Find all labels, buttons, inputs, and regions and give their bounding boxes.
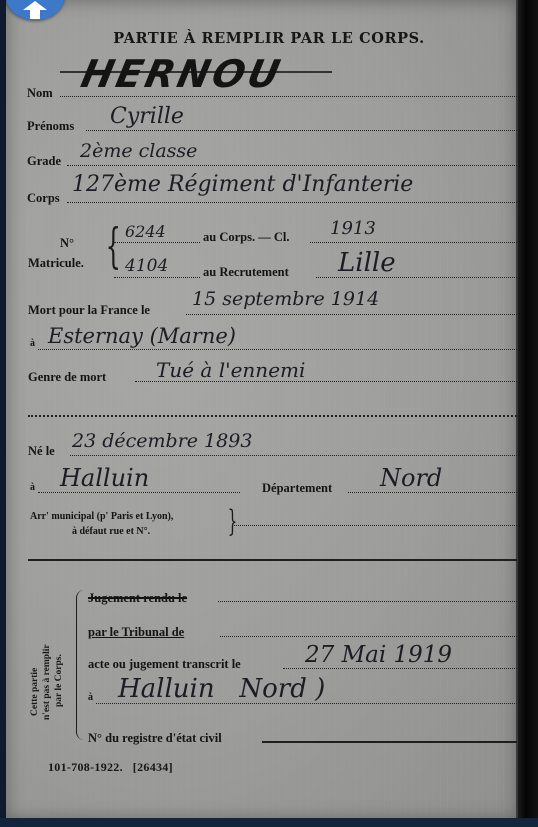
au-recrutement-label: au Recrutement xyxy=(203,265,289,280)
jugement-label-text: Jugement rendu le xyxy=(88,591,187,605)
jugement-label: Jugement rendu le xyxy=(88,591,187,606)
lieu-naissance-line xyxy=(38,492,240,493)
departement-value: Nord xyxy=(380,464,442,492)
arrondissement-label-2: à défaut rue et N°. xyxy=(72,526,150,537)
mort-label: Mort pour la France le xyxy=(28,303,150,318)
nom-label: Nom xyxy=(27,86,53,101)
transcription-brace xyxy=(76,590,85,740)
genre-mort-label: Genre de mort xyxy=(28,370,106,385)
corps-value: 127ème Régiment d'Infanterie xyxy=(72,172,413,197)
grade-value: 2ème classe xyxy=(80,140,197,162)
arrow-up-icon xyxy=(23,1,47,19)
prenoms-value: Cyrille xyxy=(110,104,184,129)
acte-label: acte ou jugement transcrit le xyxy=(88,657,241,672)
departement-label: Département xyxy=(262,481,332,496)
lieu-naissance-value: Halluin xyxy=(60,464,149,492)
side-note-line2: n'est pas à remplir xyxy=(42,644,53,720)
tribunal-line xyxy=(220,636,517,637)
registre-label: N° du registre d'état civil xyxy=(88,731,222,746)
classe-value: 1913 xyxy=(330,218,376,239)
prenoms-label: Prénoms xyxy=(27,119,74,134)
classe-line xyxy=(310,242,517,243)
blank-line xyxy=(28,415,517,417)
lieu-transcription-value: Halluin Nord ) xyxy=(118,674,325,704)
arrondissement-line xyxy=(234,525,517,526)
departement-line xyxy=(348,492,517,493)
matricule-label: Matricule. xyxy=(28,256,84,271)
matricule-label-no: N° xyxy=(60,236,74,251)
prenoms-line xyxy=(86,130,517,131)
lieu-mort-label: à xyxy=(30,338,35,349)
grade-line xyxy=(67,165,517,166)
grade-label: Grade xyxy=(27,154,61,169)
form-title: PARTIE À REMPLIR PAR LE CORPS. xyxy=(0,30,538,47)
naissance-value: 23 décembre 1893 xyxy=(72,430,252,452)
jugement-line xyxy=(218,601,517,602)
acte-line xyxy=(283,668,517,669)
tribunal-label: par le Tribunal de xyxy=(88,625,184,640)
lieu-transcription-label: à xyxy=(88,692,93,703)
naissance-line xyxy=(70,455,517,456)
viewer-bottom-border xyxy=(0,818,538,827)
registre-line xyxy=(262,741,517,743)
lieu-mort-line xyxy=(38,349,517,350)
footer-code: 101-708-1922. [26434] xyxy=(48,760,173,775)
tribunal-label-text: par le Tribunal de xyxy=(88,625,184,639)
lieu-mort-value: Esternay (Marne) xyxy=(48,324,236,348)
side-note-line3: par le Corps. xyxy=(54,654,65,707)
recrutement-number-line xyxy=(114,277,200,278)
side-note-line1: Cette partie xyxy=(30,668,41,716)
section-divider xyxy=(28,559,517,561)
corps-number-line xyxy=(114,242,200,243)
corps-line xyxy=(67,202,517,203)
arrondissement-label-1: Arr' municipal (p' Paris et Lyon), xyxy=(30,511,173,522)
recrutement-place-value: Lille xyxy=(338,248,396,278)
acte-date-value: 27 Mai 1919 xyxy=(305,642,452,668)
corps-number-value: 6244 xyxy=(125,222,166,241)
au-corps-label: au Corps. — Cl. xyxy=(203,230,289,245)
nom-value: Hernou xyxy=(77,52,286,96)
corps-label: Corps xyxy=(27,191,60,206)
mort-value: 15 septembre 1914 xyxy=(192,288,379,310)
matricule-brace: { xyxy=(106,222,121,270)
recrutement-number-value: 4104 xyxy=(125,256,168,276)
arrondissement-brace: } xyxy=(228,507,238,537)
nom-line xyxy=(60,96,517,97)
genre-mort-value: Tué à l'ennemi xyxy=(156,358,305,382)
viewer-right-border xyxy=(518,0,538,820)
lieu-naissance-label: à xyxy=(30,482,35,493)
mort-line xyxy=(186,314,517,315)
naissance-label: Né le xyxy=(28,444,55,459)
